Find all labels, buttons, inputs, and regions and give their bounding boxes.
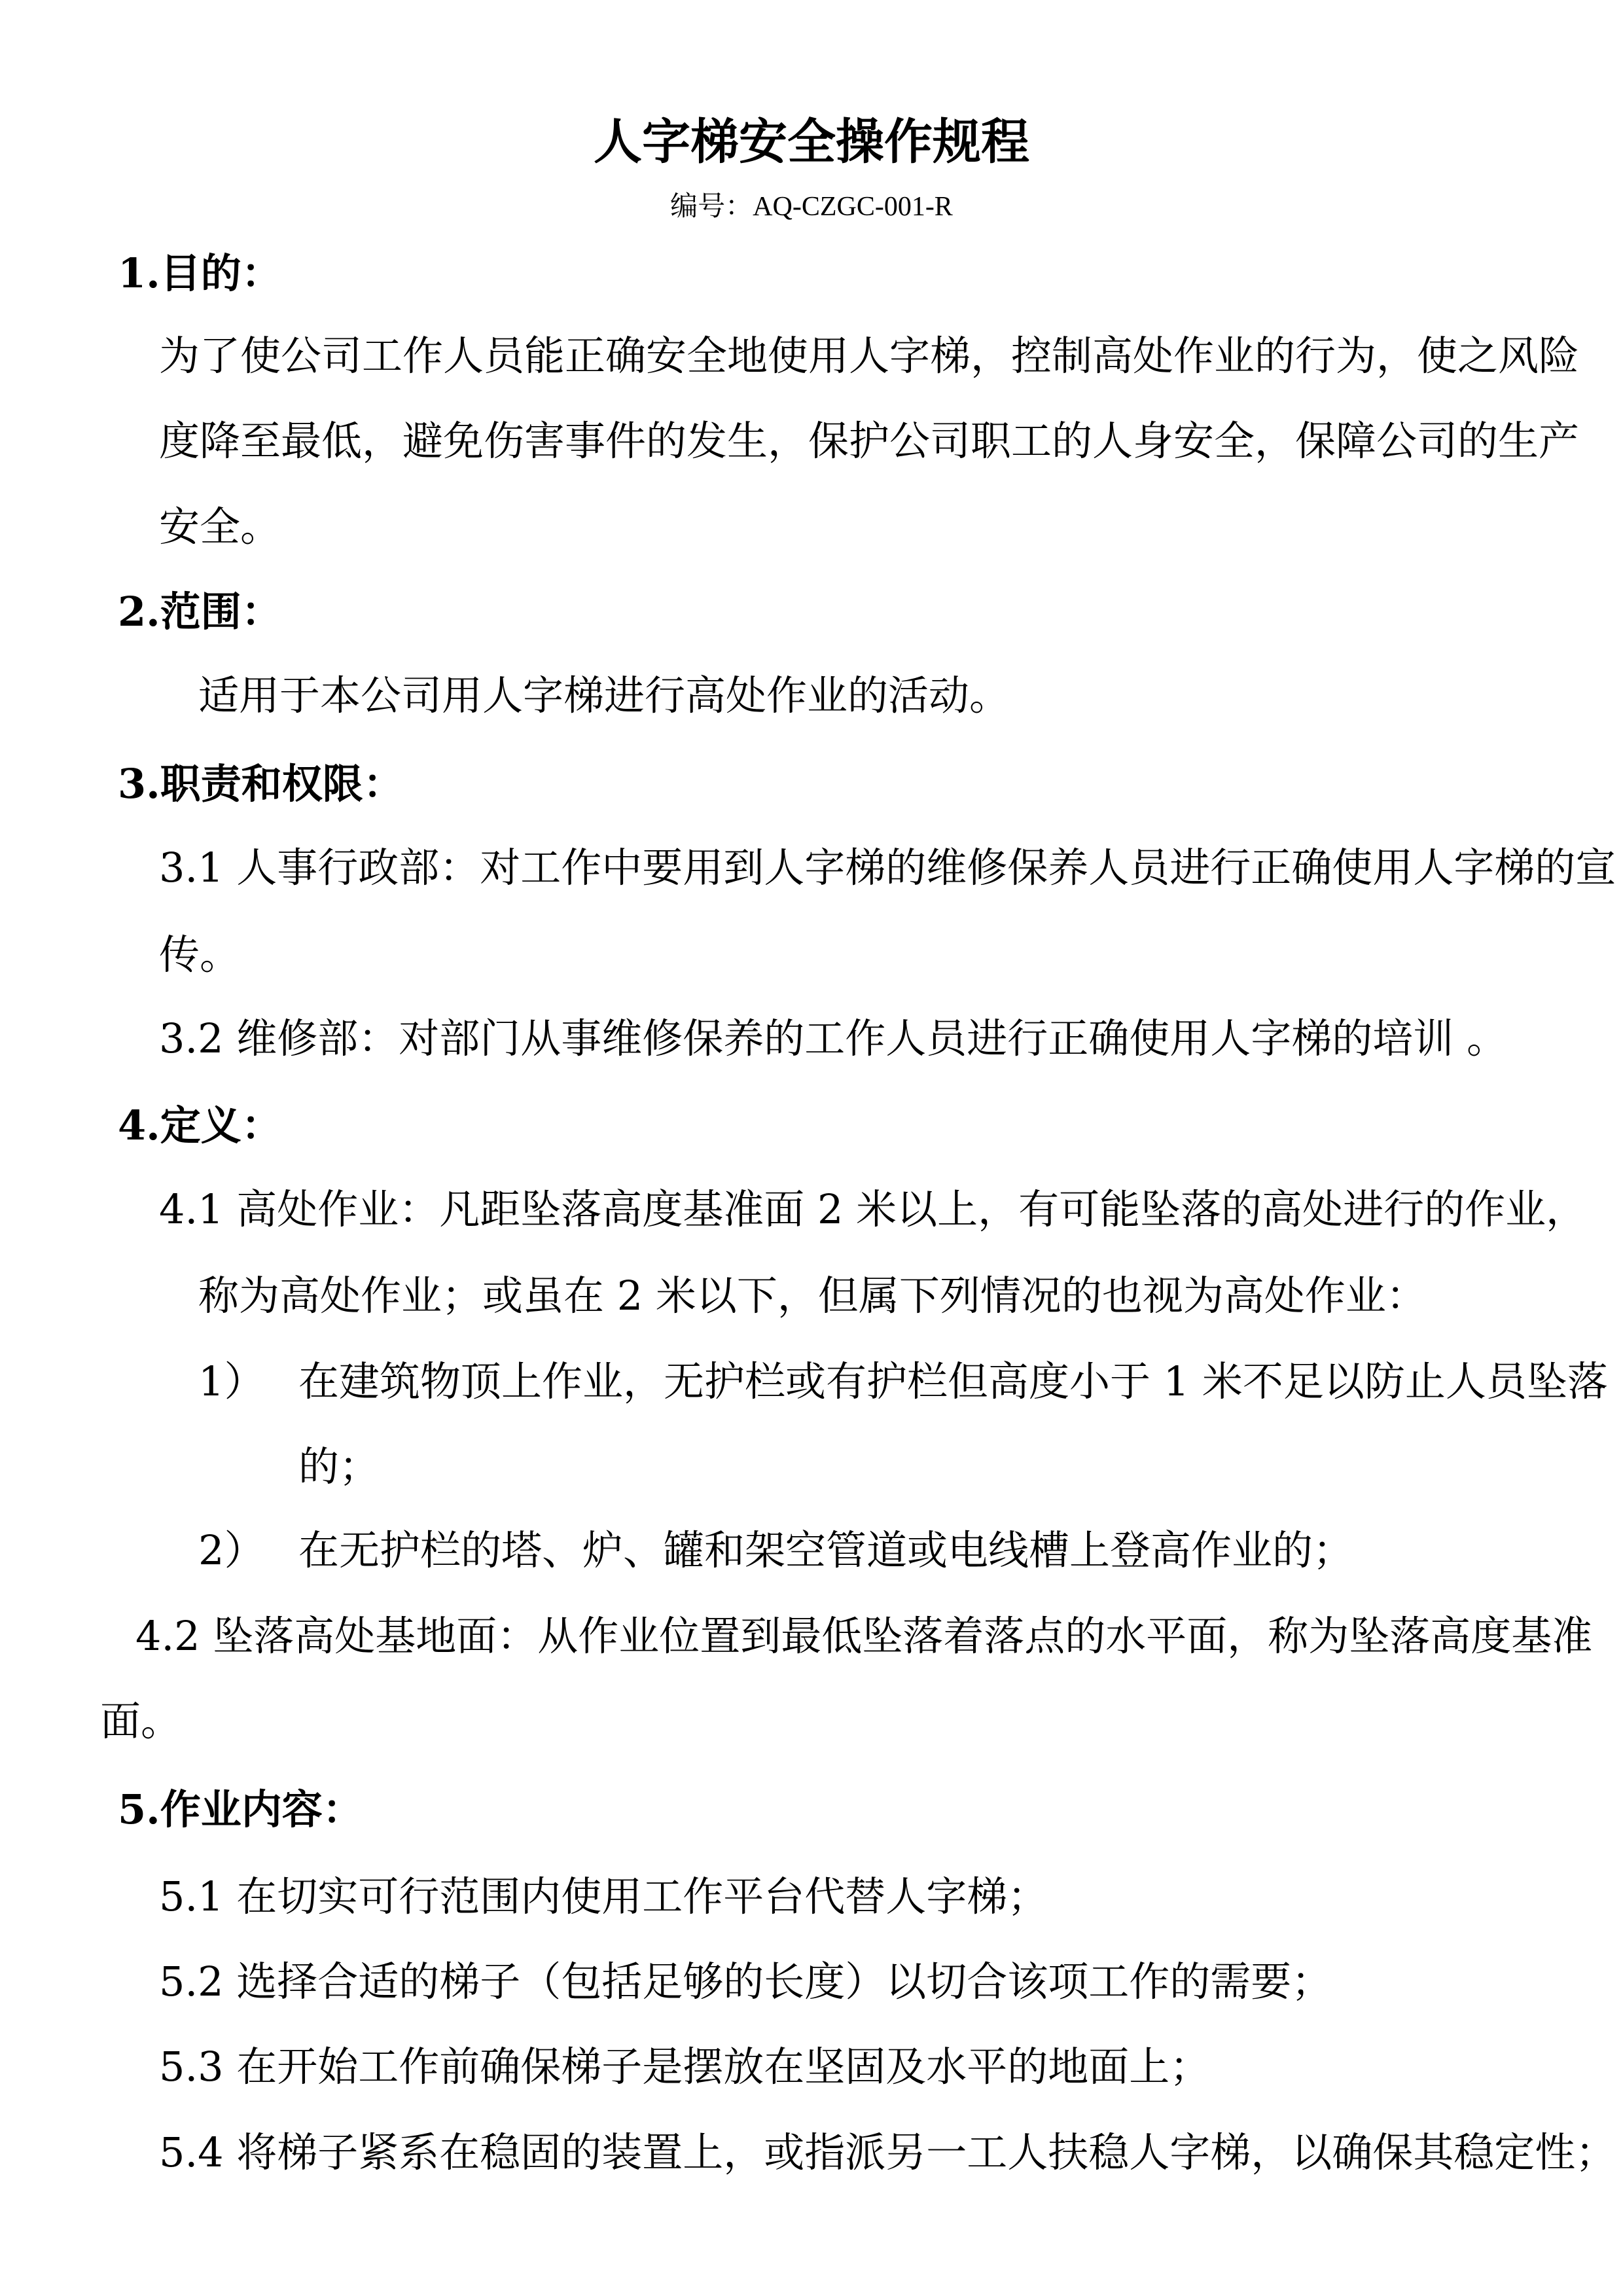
section-heading-responsibilities: 3.职责和权限： <box>118 764 404 804</box>
section-heading-definitions: 4.定义： <box>118 1105 282 1146</box>
sub-item-1-cont: 的； <box>298 1446 380 1487</box>
list-item-5-4: 5.4 将梯子紧系在稳固的装置上，或指派另一工人扶稳人字梯，以确保其稳定性； <box>159 2132 1616 2173</box>
document-code-value: AQ-CZGC-001-R <box>753 192 953 222</box>
list-item-4-2-cont: 面。 <box>100 1701 181 1742</box>
document-code: 编号：AQ-CZGC-001-R <box>0 192 1623 221</box>
section-heading-scope: 2.范围： <box>118 592 282 632</box>
list-item-5-3: 5.3 在开始工作前确保梯子是摆放在坚固及水平的地面上； <box>159 2047 1210 2087</box>
section-heading-work-content: 5.作业内容： <box>118 1789 363 1830</box>
paragraph-line: 为了使公司工作人员能正确安全地使用人字梯，控制高处作业的行为，使之风险 <box>159 336 1579 376</box>
sub-item-marker-2: 2） <box>198 1530 264 1571</box>
document-code-label: 编号： <box>670 190 753 222</box>
document-page: 人字梯安全操作规程 编号：AQ-CZGC-001-R 1.目的： 为了使公司工作… <box>0 0 1623 2296</box>
list-item-3-1: 3.1 人事行政部：对工作中要用到人字梯的维修保养人员进行正确使用人字梯的宣 <box>159 848 1616 888</box>
paragraph-line: 度降至最低，避免伤害事件的发生，保护公司职工的人身安全，保障公司的生产 <box>159 421 1579 461</box>
paragraph-line: 安全。 <box>159 507 281 547</box>
list-item-5-1: 5.1 在切实可行范围内使用工作平台代替人字梯； <box>159 1876 1048 1917</box>
sub-item-2: 在无护栏的塔、炉、罐和架空管道或电线槽上登高作业的； <box>298 1530 1353 1571</box>
list-item-3-2: 3.2 维修部：对部门从事维修保养的工作人员进行正确使用人字梯的培训 。 <box>159 1018 1507 1059</box>
document-title: 人字梯安全操作规程 <box>0 118 1623 166</box>
list-item-4-1-cont: 称为高处作业；或虽在 2 米以下，但属下列情况的也视为高处作业： <box>198 1276 1427 1316</box>
paragraph-line: 适用于本公司用人字梯进行高处作业的活动。 <box>198 675 1010 716</box>
section-heading-purpose: 1.目的： <box>118 253 282 294</box>
sub-item-marker-1: 1） <box>198 1361 264 1402</box>
list-item-4-1: 4.1 高处作业：凡距坠落高度基准面 2 米以上，有可能坠落的高处进行的作业， <box>159 1189 1586 1230</box>
list-item-3-1-cont: 传。 <box>159 935 240 975</box>
list-item-4-2: 4.2 坠落高处基地面：从作业位置到最低坠落着落点的水平面，称为坠落高度基准 <box>135 1616 1592 1657</box>
list-item-5-2: 5.2 选择合适的梯子（包括足够的长度）以切合该项工作的需要； <box>159 1962 1332 2002</box>
sub-item-1: 在建筑物顶上作业，无护栏或有护栏但高度小于 1 米不足以防止人员坠落 <box>298 1361 1608 1402</box>
